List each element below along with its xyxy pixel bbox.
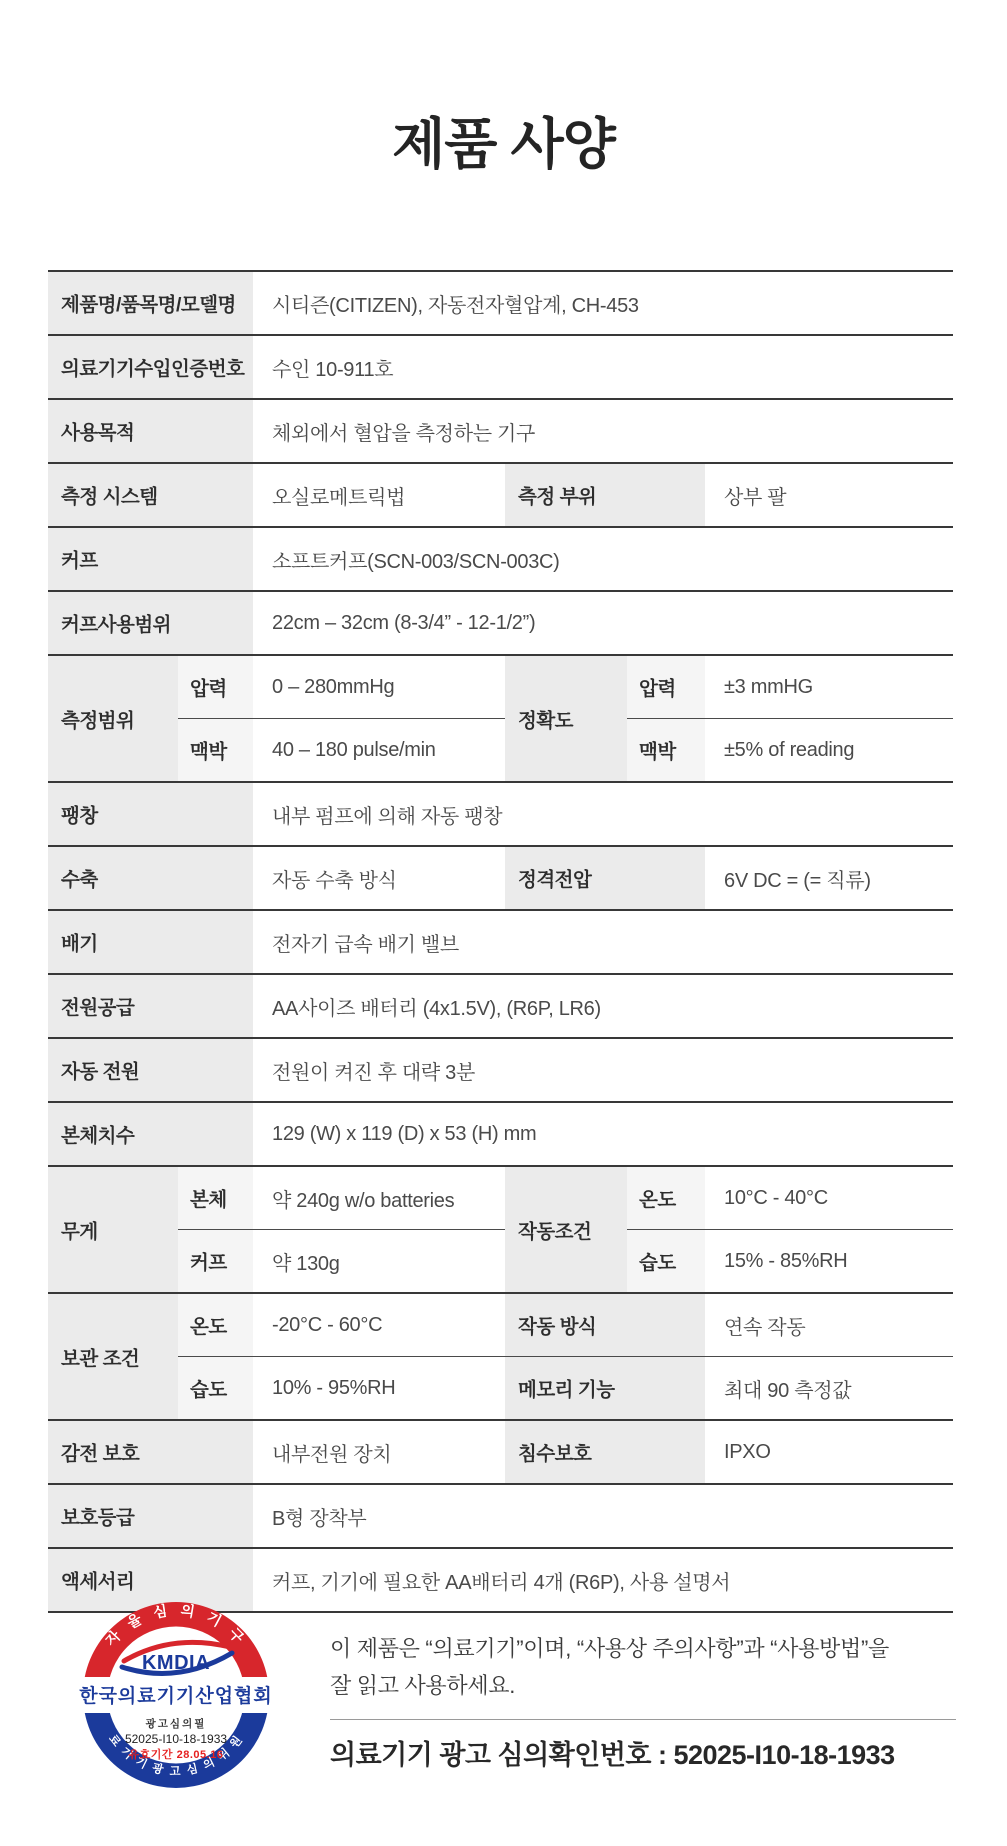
spec-value: 내부 펌프에 의해 자동 팽창 — [253, 782, 953, 846]
spec-value: 커프, 기기에 필요한 AA배터리 4개 (R6P), 사용 설명서 — [253, 1548, 953, 1612]
medical-device-notice-line1: 이 제품은 “의료기기”이며, “사용상 주의사항”과 “사용방법”을 — [330, 1630, 958, 1667]
table-row: 제품명/품목명/모델명 시티즌(CITIZEN), 자동전자혈압계, CH-45… — [48, 271, 953, 335]
table-subrow: 맥박 40 – 180 pulse/min 맥박 ±5% of reading — [48, 719, 953, 783]
spec-value: ±5% of reading — [705, 719, 953, 783]
spec-label: 커프 — [48, 527, 253, 591]
seal-review-label: 광고심의필 — [145, 1717, 207, 1730]
spec-value: IPXO — [705, 1420, 953, 1484]
spec-label: 정격전압 — [505, 846, 705, 910]
product-spec-page: 제품 사양 제품명/품목명/모델명 시티즌(CITIZEN), 자동전자혈압계,… — [0, 0, 1007, 1846]
table-row: 무게 본체 약 240g w/o batteries 작동조건 온도 10°C … — [48, 1166, 953, 1230]
spec-label: 의료기기수입인증번호 — [48, 335, 253, 399]
spec-value: 0 – 280mmHg — [253, 655, 505, 719]
spec-value: 연속 작동 — [705, 1293, 953, 1357]
table-row: 팽창 내부 펌프에 의해 자동 팽창 — [48, 782, 953, 846]
spec-sublabel: 맥박 — [178, 719, 253, 783]
medical-device-notice-line2: 잘 읽고 사용하세요. — [330, 1667, 958, 1704]
spec-value: B형 장착부 — [253, 1484, 953, 1548]
spec-label: 배기 — [48, 910, 253, 974]
spec-label: 메모리 기능 — [505, 1357, 705, 1421]
spec-sublabel: 압력 — [627, 655, 705, 719]
spec-sublabel: 압력 — [178, 655, 253, 719]
table-subrow: 습도 10% - 95%RH 메모리 기능 최대 90 측정값 — [48, 1357, 953, 1421]
spec-value: 전자기 급속 배기 밸브 — [253, 910, 953, 974]
kmdia-logo-text: KMDIA — [142, 1652, 210, 1674]
spec-value: -20°C - 60°C — [253, 1293, 505, 1357]
table-row: 전원공급 AA사이즈 배터리 (4x1.5V), (R6P, LR6) — [48, 974, 953, 1038]
spec-value: 129 (W) x 119 (D) x 53 (H) mm — [253, 1102, 953, 1166]
spec-value: 내부전원 장치 — [253, 1420, 505, 1484]
table-row: 자동 전원 전원이 켜진 후 대략 3분 — [48, 1038, 953, 1102]
spec-label: 보관 조건 — [48, 1293, 178, 1420]
spec-value: 체외에서 혈압을 측정하는 기구 — [253, 399, 953, 463]
spec-label: 팽창 — [48, 782, 253, 846]
table-row: 보관 조건 온도 -20°C - 60°C 작동 방식 연속 작동 — [48, 1293, 953, 1357]
spec-table: 제품명/품목명/모델명 시티즌(CITIZEN), 자동전자혈압계, CH-45… — [48, 270, 953, 1613]
spec-label: 침수보호 — [505, 1420, 705, 1484]
spec-label: 무게 — [48, 1166, 178, 1293]
spec-label: 작동 방식 — [505, 1293, 705, 1357]
spec-label: 측정 시스템 — [48, 463, 253, 527]
spec-label: 커프사용범위 — [48, 591, 253, 655]
table-row: 감전 보호 내부전원 장치 침수보호 IPXO — [48, 1420, 953, 1484]
spec-label: 작동조건 — [505, 1166, 627, 1293]
page-title: 제품 사양 — [0, 112, 1007, 176]
spec-label: 측정범위 — [48, 655, 178, 782]
spec-sublabel: 커프 — [178, 1230, 253, 1294]
spec-sublabel: 습도 — [178, 1357, 253, 1421]
spec-value: 10% - 95%RH — [253, 1357, 505, 1421]
spec-value: 전원이 켜진 후 대략 3분 — [253, 1038, 953, 1102]
seal-review-number: 52025-I10-18-1933 — [125, 1732, 227, 1746]
spec-value: 소프트커프(SCN-003/SCN-003C) — [253, 527, 953, 591]
spec-value: 40 – 180 pulse/min — [253, 719, 505, 783]
spec-value: 오실로메트릭법 — [253, 463, 505, 527]
seal-band-text: 한국의료기기산업협회 — [78, 1684, 273, 1707]
spec-sublabel: 온도 — [178, 1293, 253, 1357]
spec-label: 측정 부위 — [505, 463, 705, 527]
table-row: 커프사용범위 22cm – 32cm (8-3/4” - 12-1/2”) — [48, 591, 953, 655]
table-row: 측정 시스템 오실로메트릭법 측정 부위 상부 팔 — [48, 463, 953, 527]
spec-sublabel: 습도 — [627, 1230, 705, 1294]
spec-value: 시티즌(CITIZEN), 자동전자혈압계, CH-453 — [253, 271, 953, 335]
spec-value: 약 240g w/o batteries — [253, 1166, 505, 1230]
footer-divider — [330, 1719, 956, 1720]
table-row: 본체치수 129 (W) x 119 (D) x 53 (H) mm — [48, 1102, 953, 1166]
spec-sublabel: 맥박 — [627, 719, 705, 783]
spec-value: ±3 mmHG — [705, 655, 953, 719]
spec-value: 15% - 85%RH — [705, 1230, 953, 1294]
spec-value: 자동 수축 방식 — [253, 846, 505, 910]
spec-value: 약 130g — [253, 1230, 505, 1294]
spec-value: 상부 팔 — [705, 463, 953, 527]
spec-sublabel: 본체 — [178, 1166, 253, 1230]
spec-value: 6V DC = (= 직류) — [705, 846, 953, 910]
spec-label: 정확도 — [505, 655, 627, 782]
spec-label: 수축 — [48, 846, 253, 910]
ad-approval-number: 의료기기 광고 심의확인번호 : 52025-I10-18-1933 — [330, 1733, 958, 1772]
spec-label: 본체치수 — [48, 1102, 253, 1166]
spec-label: 자동 전원 — [48, 1038, 253, 1102]
table-row: 수축 자동 수축 방식 정격전압 6V DC = (= 직류) — [48, 846, 953, 910]
table-row: 사용목적 체외에서 혈압을 측정하는 기구 — [48, 399, 953, 463]
table-row: 보호등급 B형 장착부 — [48, 1484, 953, 1548]
spec-value: 22cm – 32cm (8-3/4” - 12-1/2”) — [253, 591, 953, 655]
spec-label: 전원공급 — [48, 974, 253, 1038]
table-row: 배기 전자기 급속 배기 밸브 — [48, 910, 953, 974]
seal-expiry-date: 유효기간 28.05.16 — [128, 1747, 224, 1761]
spec-value: 최대 90 측정값 — [705, 1357, 953, 1421]
spec-value: 10°C - 40°C — [705, 1166, 953, 1230]
spec-value: AA사이즈 배터리 (4x1.5V), (R6P, LR6) — [253, 974, 953, 1038]
spec-label: 사용목적 — [48, 399, 253, 463]
spec-label: 제품명/품목명/모델명 — [48, 271, 253, 335]
spec-sublabel: 온도 — [627, 1166, 705, 1230]
spec-label: 보호등급 — [48, 1484, 253, 1548]
table-row: 커프 소프트커프(SCN-003/SCN-003C) — [48, 527, 953, 591]
table-subrow: 커프 약 130g 습도 15% - 85%RH — [48, 1230, 953, 1294]
table-row: 의료기기수입인증번호 수인 10-911호 — [48, 335, 953, 399]
spec-value: 수인 10-911호 — [253, 335, 953, 399]
spec-label: 감전 보호 — [48, 1420, 253, 1484]
table-row: 측정범위 압력 0 – 280mmHg 정확도 압력 ±3 mmHG — [48, 655, 953, 719]
kmdia-certification-seal-icon: 자 율 심 의 기 구 의 료 기 기 광 고 심 의 위 원 회 KMDIA … — [74, 1597, 278, 1797]
footer-text-block: 이 제품은 “의료기기”이며, “사용상 주의사항”과 “사용방법”을 잘 읽고… — [330, 1630, 958, 1772]
